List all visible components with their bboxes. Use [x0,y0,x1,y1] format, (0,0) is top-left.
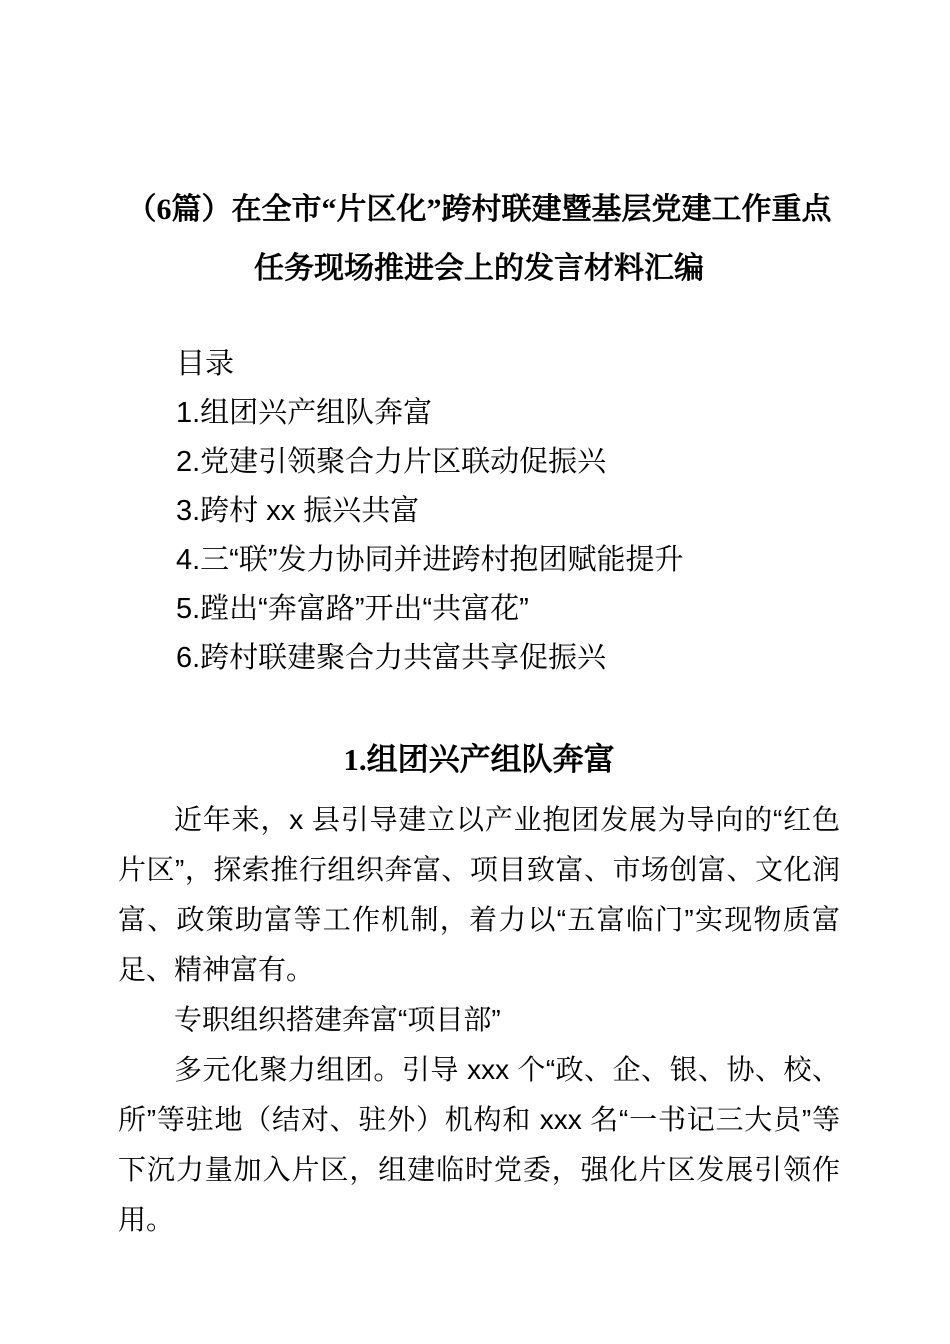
section-heading: 1.组团兴产组队奔富 [118,735,840,785]
toc-heading: 目录 [118,340,840,389]
body-paragraph-3: 多元化聚力组团。引导 xxx 个“政、企、银、协、校、所”等驻地（结对、驻外）机… [118,1045,840,1245]
toc-item-5: 5.蹚出“奔富路”开出“共富花” [118,585,840,634]
body-paragraph-2: 专职组织搭建奔富“项目部” [118,995,840,1045]
toc-item-2: 2.党建引领聚合力片区联动促振兴 [118,438,840,487]
section-body: 近年来，x 县引导建立以产业抱团发展为导向的“红色片区”，探索推行组织奔富、项目… [118,795,840,1245]
body-paragraph-1: 近年来，x 县引导建立以产业抱团发展为导向的“红色片区”，探索推行组织奔富、项目… [118,795,840,995]
table-of-contents: 目录 1.组团兴产组队奔富 2.党建引领聚合力片区联动促振兴 3.跨村 xx 振… [118,340,840,683]
toc-item-1: 1.组团兴产组队奔富 [118,389,840,438]
toc-item-6: 6.跨村联建聚合力共富共享促振兴 [118,634,840,683]
document-title: （6篇）在全市“片区化”跨村联建暨基层党建工作重点任务现场推进会上的发言材料汇编 [118,180,840,298]
toc-item-4: 4.三“联”发力协同并进跨村抱团赋能提升 [118,536,840,585]
toc-item-3: 3.跨村 xx 振兴共富 [118,487,840,536]
document-page: （6篇）在全市“片区化”跨村联建暨基层党建工作重点任务现场推进会上的发言材料汇编… [0,0,950,1344]
